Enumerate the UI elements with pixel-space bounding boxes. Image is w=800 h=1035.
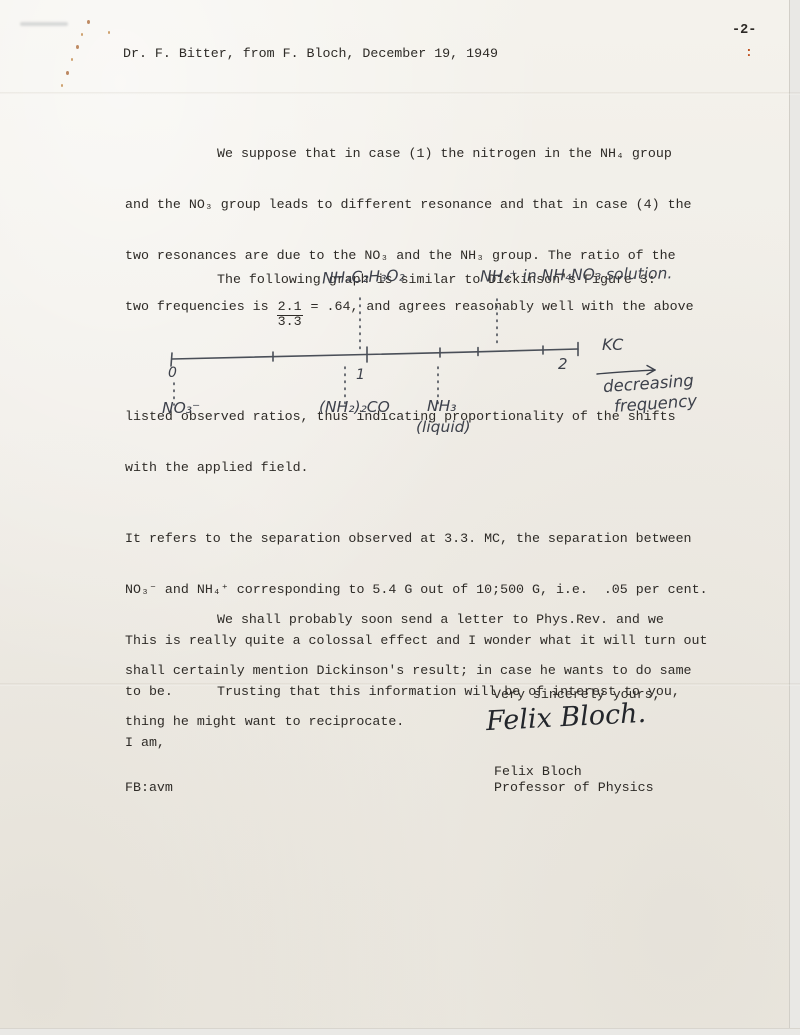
typed-signature-name: Felix Bloch	[494, 763, 582, 780]
rust-speck	[76, 45, 79, 49]
typed-line: We suppose that in case (1) the nitrogen…	[125, 145, 694, 162]
typed-line: It refers to the separation observed at …	[125, 530, 708, 547]
rust-speck	[71, 58, 73, 61]
tick-label-2: 2	[558, 355, 568, 373]
arrowhead	[647, 366, 655, 371]
typed-signature-title: Professor of Physics	[494, 779, 654, 796]
rust-speck	[61, 84, 63, 87]
scanned-letter-page: -2- : Dr. F. Bitter, from F. Bloch, Dece…	[0, 0, 800, 1035]
tick-label-0: 0	[168, 365, 177, 381]
rust-speck	[81, 33, 83, 36]
paper-crease	[0, 92, 800, 95]
label-ammonium-in-nitrate-solution: NH₄⁺ in NH₄NO₃ solution.	[480, 264, 673, 285]
red-colon-mark: :	[745, 45, 753, 60]
pencil-smudge	[20, 22, 68, 26]
typed-line: and the NO₃ group leads to different res…	[125, 196, 694, 213]
rust-speck	[87, 20, 90, 24]
label-ammonium-acetate: NH₄C₂H₃O₂	[322, 267, 405, 288]
label-ammonia: NH₃	[427, 397, 456, 415]
hand-drawn-frequency-diagram: NH₄C₂H₃O₂ NH₄⁺ in NH₄NO₃ solution. KC 0 …	[140, 255, 785, 460]
page-number: -2-	[732, 22, 756, 39]
letter-header: Dr. F. Bitter, from F. Bloch, December 1…	[123, 45, 498, 62]
rust-speck	[66, 71, 69, 75]
typed-line: We shall probably soon send a letter to …	[125, 611, 692, 628]
typed-line: I am,	[125, 734, 680, 751]
typist-reference: FB:avm	[125, 779, 173, 796]
rust-speck	[108, 31, 110, 34]
scan-edge-bottom	[0, 1028, 800, 1035]
axis-line	[172, 349, 578, 359]
label-nitrate-ion: NO₃⁻	[162, 399, 200, 417]
tick-label-1: 1	[356, 367, 365, 383]
scan-edge-right	[789, 0, 800, 1035]
axis-unit-label-kc: KC	[602, 335, 623, 354]
typed-line: with the applied field.	[125, 459, 694, 476]
label-urea: (NH₂)₂CO	[319, 398, 390, 416]
label-ammonia-liquid: (liquid)	[416, 418, 471, 436]
